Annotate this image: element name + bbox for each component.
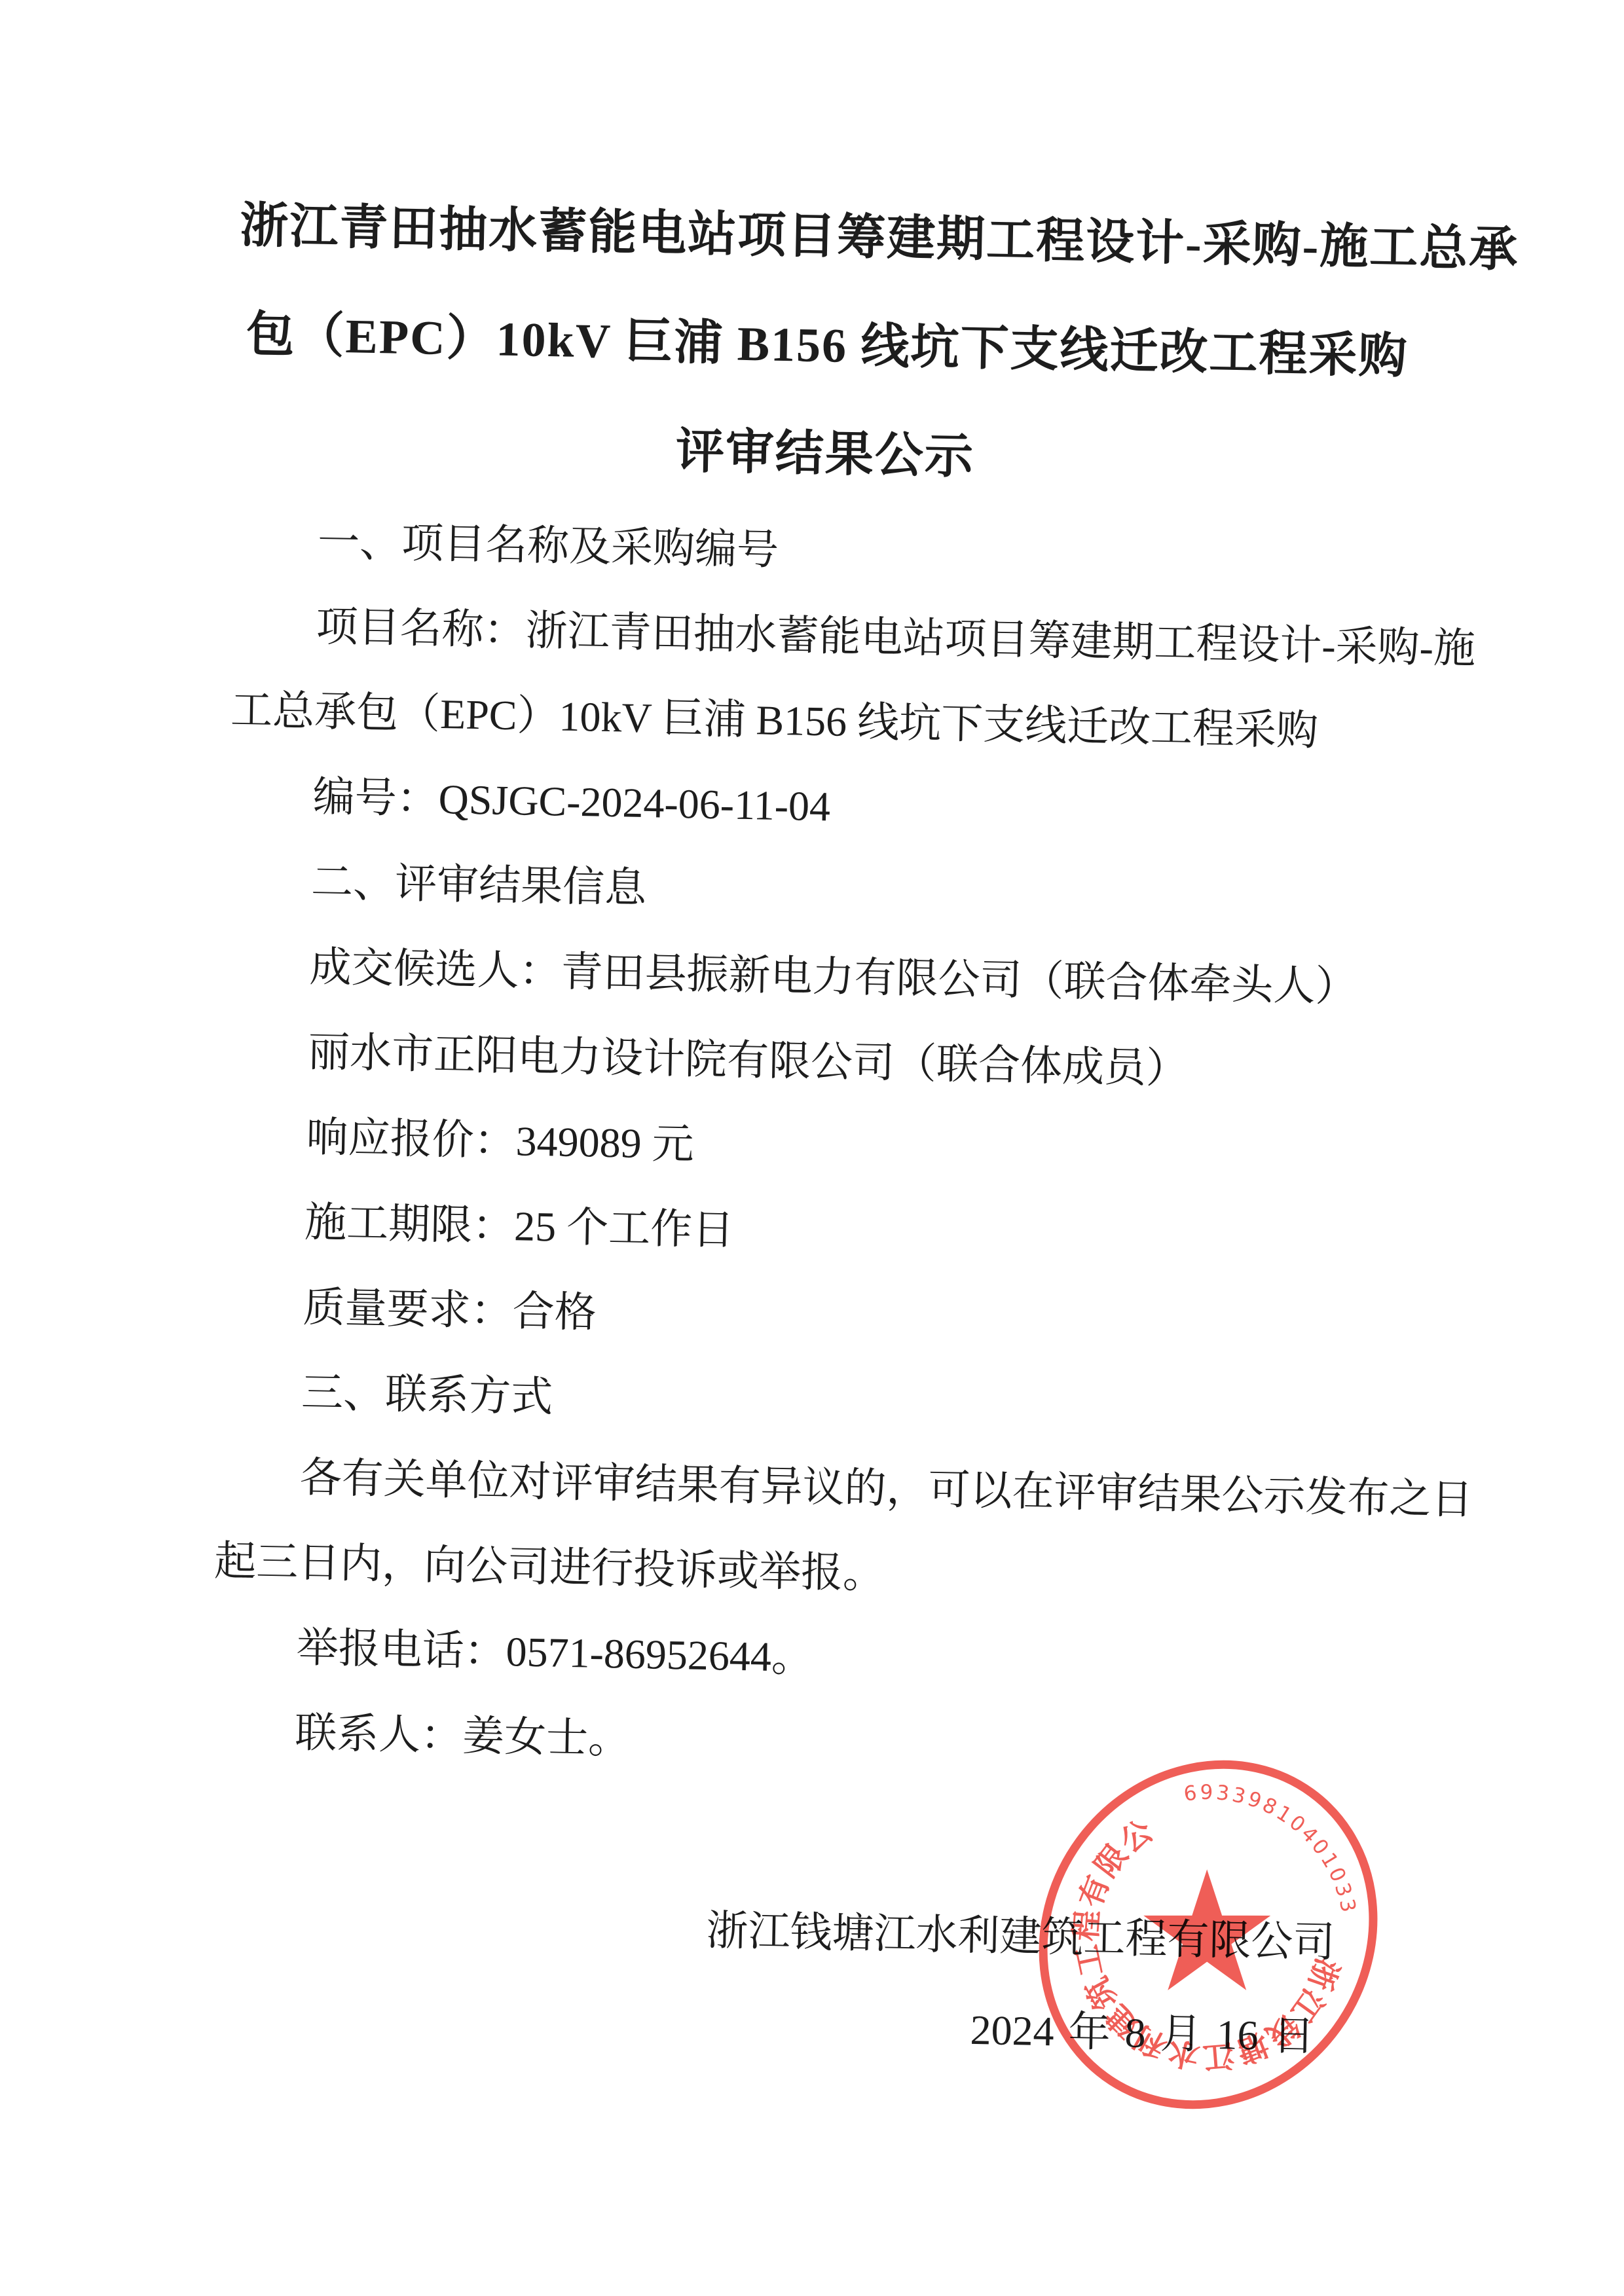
document-title: 浙江青田抽水蓄能电站项目筹建期工程设计-采购-施工总承 包（EPC）10kV 巨…: [234, 172, 1419, 520]
objection-paragraph: 各有关单位对评审结果有异议的，可以在评审结果公示发布之日起三日内，向公司进行投诉…: [213, 1434, 1494, 1628]
signature-block: 浙江钱塘江水利建筑工程有限公司 2024 年 8 月 16 日: [205, 1879, 1485, 2083]
project-name-paragraph: 项目名称：浙江青田抽水蓄能电站项目筹建期工程设计-采购-施工总承包（EPC）10…: [230, 583, 1510, 777]
signature-company: 浙江钱塘江水利建筑工程有限公司: [206, 1879, 1485, 1988]
document-content: 浙江青田抽水蓄能电站项目筹建期工程设计-采购-施工总承 包（EPC）10kV 巨…: [205, 172, 1518, 2083]
document-body: 一、项目名称及采购编号 项目名称：浙江青田抽水蓄能电站项目筹建期工程设计-采购-…: [210, 498, 1511, 1798]
document-title-line-2: 包（EPC）10kV 巨浦 B156 线坑下支线迁改工程采购: [237, 280, 1418, 412]
signature-date: 2024 年 8 月 16 日: [205, 1973, 1483, 2082]
document-page: 浙江青田抽水蓄能电站项目筹建期工程设计-采购-施工总承 包（EPC）10kV 巨…: [0, 0, 1624, 2296]
